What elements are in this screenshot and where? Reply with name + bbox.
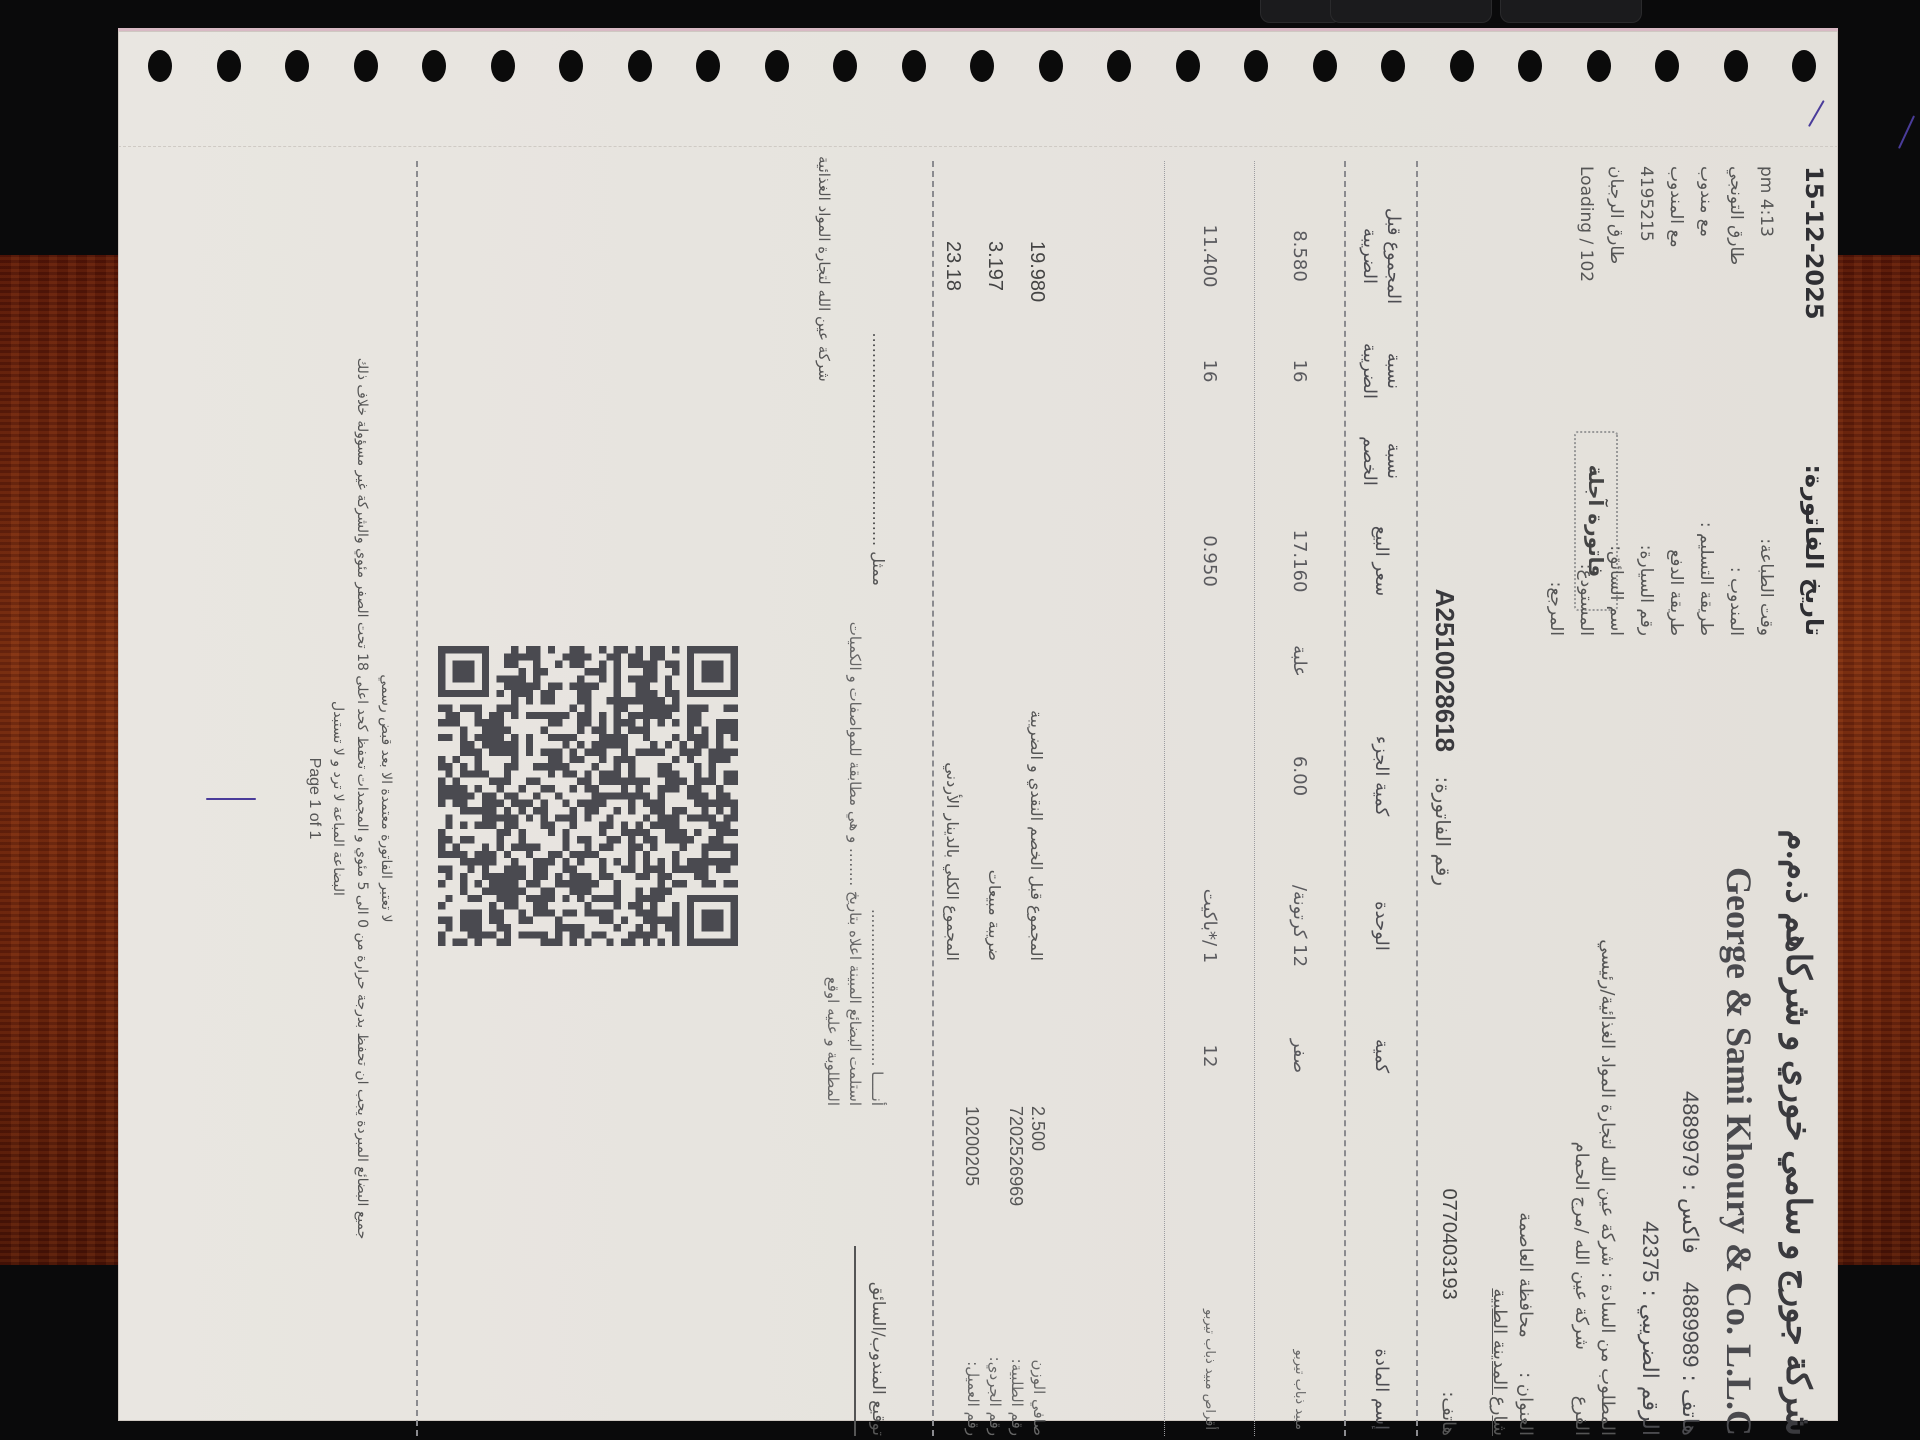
meta-row: اسم السائق:طارق الرجبان bbox=[1596, 166, 1626, 636]
cell-name: مبيد ذباب تيربو bbox=[1292, 1106, 1307, 1436]
phone-label: هاتف : bbox=[1677, 1374, 1702, 1436]
branch-value: شركة عين الله /مرج الحمام bbox=[1571, 1141, 1592, 1350]
feed-hole bbox=[765, 50, 789, 82]
meta-value: طارق التونجي bbox=[1726, 166, 1746, 265]
col-part-qty: كمية الجزء bbox=[1369, 706, 1393, 846]
company-phone-fax: هاتف : 4889989 فاكس : 4889979 bbox=[1677, 1091, 1703, 1436]
meta-value: 102 / Loading bbox=[1576, 166, 1596, 282]
invoice-paper: شركة جورج و سامي خوري و شركاهم ذ.م.م Geo… bbox=[118, 28, 1838, 1418]
cell-price: 17.160 bbox=[1289, 506, 1310, 616]
feed-hole bbox=[970, 50, 994, 82]
weight-row: رقم الطلبية:7202526969 bbox=[1004, 1106, 1026, 1436]
fax-value: 4889979 bbox=[1678, 1091, 1703, 1177]
table-row: أقراص مبيد ذباب تيربو121 /*باكيت0.950161… bbox=[1164, 161, 1254, 1436]
requested-from-label: المطلوب من السادة : bbox=[1597, 1272, 1618, 1436]
meta-row: رقم السيارة:4195215 bbox=[1626, 166, 1656, 636]
table-top-rule bbox=[1416, 161, 1418, 1436]
customer-phone-value: 0770403193 bbox=[1438, 1189, 1460, 1300]
meta-row: المستودع:102 / Loading bbox=[1566, 166, 1596, 636]
invoice-page: شركة جورج و سامي خوري و شركاهم ذ.م.م Geo… bbox=[158, 146, 1838, 1440]
cell-bonus: علبة bbox=[1289, 616, 1310, 706]
cell-unit: 12 كرتونة/ bbox=[1289, 846, 1310, 1006]
tax-value: 42375 bbox=[1638, 1221, 1663, 1282]
meta-value: 15-12-2025 bbox=[1800, 166, 1828, 320]
meta-row: طريقة التسليم :مع مندوب bbox=[1686, 166, 1716, 636]
receipt-statement: أنـــــا ...............................… bbox=[822, 606, 888, 1106]
keyboard-key bbox=[1500, 0, 1642, 23]
phone-value: 4889989 bbox=[1678, 1282, 1703, 1368]
feed-hole bbox=[1450, 50, 1474, 82]
feed-hole bbox=[1792, 50, 1816, 82]
weight-value: 7202526969 bbox=[1004, 1106, 1026, 1206]
total-row: ضريبة مبيعات3.197 bbox=[964, 161, 1006, 961]
invoice-number-label: رقم الفاتورة: bbox=[1431, 776, 1455, 886]
keyboard-key bbox=[1330, 0, 1492, 23]
invoice-number: رقم الفاتورة: A2510028618 bbox=[1429, 589, 1460, 886]
weight-row: رقم العميل:10200205 bbox=[960, 1106, 982, 1436]
cell-total-before-tax: 11.400 bbox=[1199, 186, 1220, 326]
customer-phone-label: هاتف: bbox=[1438, 1391, 1459, 1436]
weight-value: 10200205 bbox=[960, 1106, 982, 1186]
customer-company-name: شركة عين الله لتجارة المواد الغذائية bbox=[815, 156, 833, 382]
meta-key: طريقة الدفع bbox=[1666, 549, 1686, 636]
table-header: إسم المادة كمية الوحدة كمية الجزء سعر ال… bbox=[1346, 161, 1416, 1436]
footer-notes: لا تعتبر الفاتورة معتمدة الا بعد قبض رسم… bbox=[302, 161, 398, 1436]
col-discount: نسبة الخصم bbox=[1357, 416, 1405, 506]
meta-value: 4195215 bbox=[1636, 166, 1656, 242]
total-value: 3.197 bbox=[983, 161, 1006, 441]
driver-signature-label: توقيع المندوب/السائق bbox=[868, 1282, 888, 1436]
cell-unit: 1 /*باكيت bbox=[1199, 846, 1220, 1006]
total-key: المجموع الكلي بالدينار الأردني bbox=[943, 441, 962, 961]
footer-line-2: جميع البضائع المبردة يجب ان تحفظ بدرجة ح… bbox=[350, 161, 374, 1436]
cell-tax-pct: 16 bbox=[1289, 326, 1310, 416]
total-row: المجموع قبل الخصم النقدي و الضريبة19.980 bbox=[1006, 161, 1048, 961]
total-value: 23.18 bbox=[941, 161, 964, 441]
weight-key: رقم العميل: bbox=[960, 1361, 982, 1436]
weight-key: رقم الجردي: bbox=[982, 1357, 1004, 1436]
signature-area: توقيع المندوب/السائق أنـــــا ..........… bbox=[748, 156, 888, 1436]
address-line1: محافظة العاصمة bbox=[1515, 1212, 1536, 1337]
weights-block: صافي الوزن2.500رقم الطلبية:7202526969رقم… bbox=[960, 1106, 1048, 1436]
feed-hole bbox=[354, 50, 378, 82]
meta-row: المرجع: bbox=[1536, 166, 1566, 636]
invoice-meta: تاريخ الفاتورة:15-12-2025وقت الطباعة:4:1… bbox=[1536, 166, 1828, 636]
weight-row: صافي الوزن2.500 bbox=[1026, 1106, 1048, 1436]
company-name-arabic: شركة جورج و سامي خوري و شركاهم ذ.م.م bbox=[1778, 829, 1818, 1436]
meta-value: طارق الرجبان bbox=[1606, 166, 1626, 264]
cell-total-before-tax: 8.580 bbox=[1289, 186, 1310, 326]
feed-hole bbox=[902, 50, 926, 82]
cell-tax-pct: 16 bbox=[1199, 326, 1220, 416]
cell-name: أقراص مبيد ذباب تيربو bbox=[1202, 1106, 1217, 1436]
meta-key: تاريخ الفاتورة: bbox=[1800, 464, 1828, 636]
driver-signature-line[interactable] bbox=[854, 1246, 856, 1436]
address-label: العنوان : bbox=[1515, 1372, 1536, 1436]
customer-address: العنوان : محافظة العاصمة شارع المدينة ال… bbox=[1486, 616, 1538, 1436]
feed-hole bbox=[696, 50, 720, 82]
col-tax: نسبة الضريبة bbox=[1357, 326, 1405, 416]
meta-value: 4:13 pm bbox=[1756, 166, 1776, 237]
meta-value: مع مندوب bbox=[1696, 166, 1716, 237]
weight-value: 2.500 bbox=[1026, 1106, 1048, 1151]
requested-from-value: شركة عين الله لتجارة المواد الغذائية/رئي… bbox=[1597, 939, 1618, 1266]
feed-hole bbox=[1107, 50, 1131, 82]
feed-hole bbox=[1313, 50, 1337, 82]
representative-line: ممثل ...................................… bbox=[869, 166, 888, 586]
footer-rule bbox=[416, 161, 418, 1436]
fax-label: فاكس : bbox=[1677, 1184, 1702, 1254]
feed-hole bbox=[1381, 50, 1405, 82]
total-key: ضريبة مبيعات bbox=[985, 441, 1004, 961]
meta-key: طريقة التسليم : bbox=[1696, 522, 1716, 636]
col-qty: كمية bbox=[1369, 1006, 1393, 1106]
weight-row: رقم الجردي: bbox=[982, 1106, 1004, 1436]
feed-hole bbox=[1724, 50, 1748, 82]
company-tax-number: الرقم الضريبي : 42375 bbox=[1637, 1221, 1663, 1436]
footer-line-1: لا تعتبر الفاتورة معتمدة الا بعد قبض رسم… bbox=[374, 161, 398, 1436]
feed-hole bbox=[628, 50, 652, 82]
feed-hole bbox=[1039, 50, 1063, 82]
table-body: مبيد ذباب تيربوصفر12 كرتونة/6.00علبة17.1… bbox=[1164, 161, 1344, 1436]
meta-key: رقم السيارة: bbox=[1636, 545, 1656, 636]
meta-row: المندوب :طارق التونجي bbox=[1716, 166, 1746, 636]
meta-key: المستودع: bbox=[1576, 564, 1596, 636]
total-key: المجموع قبل الخصم النقدي و الضريبة bbox=[1027, 441, 1046, 961]
feed-hole bbox=[422, 50, 446, 82]
receipt-prefix: أنـــــا ...............................… bbox=[866, 606, 888, 1106]
feed-hole bbox=[1587, 50, 1611, 82]
feed-hole bbox=[1244, 50, 1268, 82]
total-row: المجموع الكلي بالدينار الأردني23.18 bbox=[922, 161, 964, 961]
company-name-english: George & Sami Khoury & Co. L.L.C bbox=[1718, 867, 1760, 1436]
meta-key: وقت الطباعة: bbox=[1756, 538, 1776, 636]
table-header-rule bbox=[1344, 161, 1346, 1436]
tractor-feed-strip bbox=[118, 28, 1838, 146]
feed-hole bbox=[1655, 50, 1679, 82]
feed-hole bbox=[559, 50, 583, 82]
cell-qty: صفر bbox=[1289, 1006, 1310, 1106]
feed-hole bbox=[1176, 50, 1200, 82]
weight-key: رقم الطلبية: bbox=[1004, 1359, 1026, 1436]
meta-key: المرجع: bbox=[1546, 582, 1566, 636]
feed-hole bbox=[285, 50, 309, 82]
cell-price: 0.950 bbox=[1199, 506, 1220, 616]
invoice-number-value: A2510028618 bbox=[1430, 589, 1460, 752]
total-value: 19.980 bbox=[1025, 161, 1048, 441]
customer-block: المطلوب من السادة : شركة عين الله لتجارة… bbox=[1568, 616, 1620, 1436]
cell-qty: 12 bbox=[1199, 1006, 1220, 1106]
table-row: مبيد ذباب تيربوصفر12 كرتونة/6.00علبة17.1… bbox=[1254, 161, 1344, 1436]
feed-hole bbox=[217, 50, 241, 82]
page-number: Page 1 of 1 bbox=[302, 161, 326, 1436]
col-name: إسم المادة bbox=[1369, 1106, 1393, 1436]
col-price: سعر البيع bbox=[1369, 506, 1393, 616]
feed-hole bbox=[491, 50, 515, 82]
totals-block: المجموع قبل الخصم النقدي و الضريبة19.980… bbox=[922, 161, 1048, 961]
meta-key: المندوب : bbox=[1726, 567, 1746, 636]
feed-hole bbox=[1518, 50, 1542, 82]
meta-row: وقت الطباعة:4:13 pm bbox=[1746, 166, 1776, 636]
cell-part-qty: 6.00 bbox=[1289, 706, 1310, 846]
meta-row: طريقة الدفعمع المندوب bbox=[1656, 166, 1686, 636]
weight-key: صافي الوزن bbox=[1026, 1360, 1048, 1437]
meta-value: مع المندوب bbox=[1666, 166, 1686, 248]
footer-line-3: البضاعة المباعة لا ترد و لا تستبدل bbox=[326, 161, 350, 1436]
address-line2: شارع المدينة الطبية bbox=[1486, 616, 1512, 1436]
feed-hole bbox=[833, 50, 857, 82]
feed-hole bbox=[148, 50, 172, 82]
receipt-text: استلمت البضائع المبينة اعلاه بتاريخ ....… bbox=[822, 606, 866, 1106]
meta-row: تاريخ الفاتورة:15-12-2025 bbox=[1776, 166, 1828, 636]
col-total: المجموع قبل الضريبة bbox=[1357, 186, 1405, 326]
qr-code bbox=[438, 646, 738, 946]
col-unit: الوحدة bbox=[1369, 846, 1393, 1006]
branch-label: الفرع bbox=[1571, 1396, 1592, 1436]
tax-label: الرقم الضريبي : bbox=[1637, 1289, 1662, 1436]
meta-key: اسم السائق: bbox=[1606, 545, 1626, 636]
